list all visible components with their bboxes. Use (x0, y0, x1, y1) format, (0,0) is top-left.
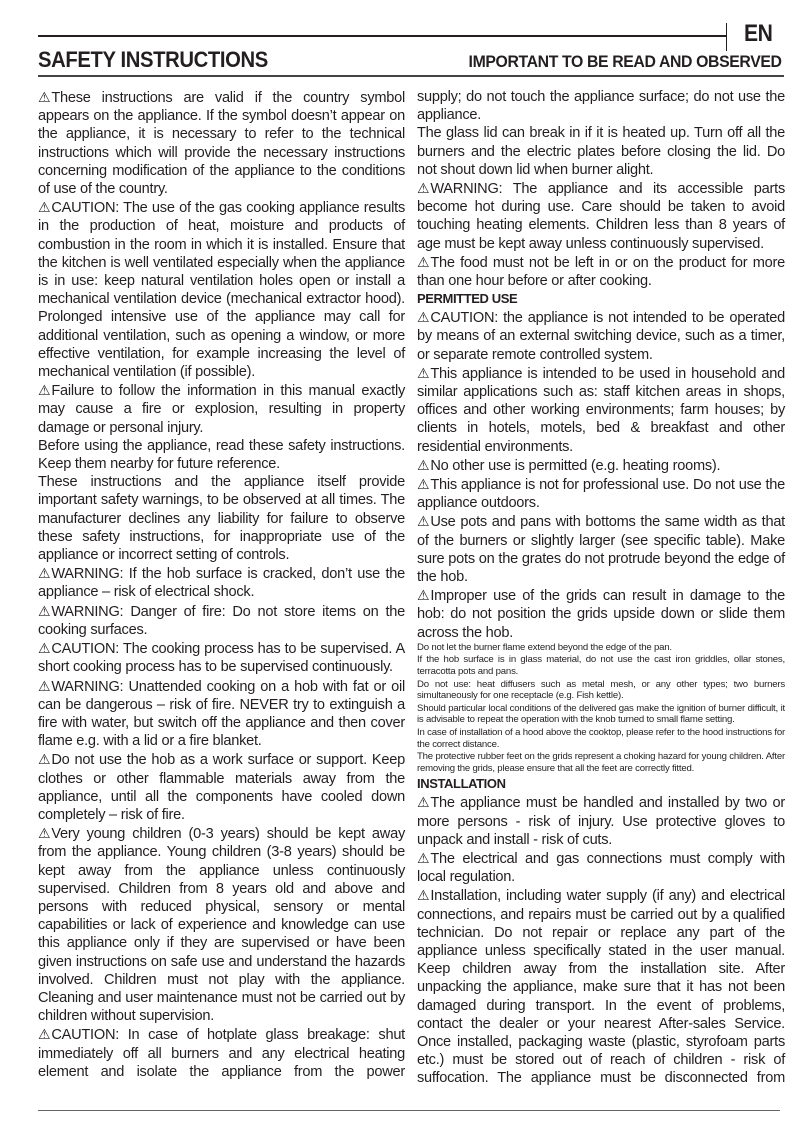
paragraph: ⚠Very young children (0-3 years) should … (38, 824, 405, 1025)
paragraph: ⚠WARNING: If the hob surface is cracked,… (38, 564, 405, 601)
paragraph: ⚠Failure to follow the information in th… (38, 381, 405, 437)
note: If the hob surface is in glass material,… (417, 654, 785, 677)
warning-icon: ⚠ (38, 198, 50, 216)
warning-icon: ⚠ (417, 849, 429, 867)
warning-icon: ⚠ (38, 602, 50, 620)
language-code: EN (744, 20, 772, 48)
note: In case of installation of a hood above … (417, 727, 785, 750)
warning-icon: ⚠ (38, 639, 50, 657)
top-rule-tick (726, 23, 727, 51)
header-rule (38, 75, 784, 77)
paragraph: ⚠CAUTION: The use of the gas cooking app… (38, 198, 405, 381)
warning-icon: ⚠ (417, 886, 429, 904)
top-rule (38, 35, 726, 37)
paragraph: ⚠The food must not be left in or on the … (417, 253, 785, 290)
paragraph: ⚠This appliance is intended to be used i… (417, 364, 785, 456)
paragraph: ⚠Do not use the hob as a work surface or… (38, 750, 405, 824)
paragraph: Before using the appliance, read these s… (38, 437, 405, 473)
paragraph: supply; do not touch the appliance surfa… (417, 88, 785, 124)
paragraph: ⚠No other use is permitted (e.g. heating… (417, 456, 785, 475)
paragraph: ⚠Use pots and pans with bottoms the same… (417, 512, 785, 586)
warning-icon: ⚠ (417, 475, 429, 493)
warning-icon: ⚠ (417, 793, 429, 811)
paragraph: ⚠WARNING: Danger of fire: Do not store i… (38, 602, 405, 639)
warning-icon: ⚠ (38, 677, 50, 695)
warning-icon: ⚠ (38, 1025, 50, 1043)
paragraph: ⚠CAUTION: The cooking process has to be … (38, 639, 405, 676)
note: Do not use: heat diffusers such as metal… (417, 679, 785, 702)
warning-icon: ⚠ (38, 381, 50, 399)
note: The protective rubber feet on the grids … (417, 751, 785, 774)
note: Do not let the burner flame extend beyon… (417, 642, 785, 654)
paragraph: ⚠CAUTION: the appliance is not intended … (417, 308, 785, 364)
warning-icon: ⚠ (38, 88, 50, 106)
warning-icon: ⚠ (417, 364, 429, 382)
footer-rule (38, 1110, 780, 1111)
paragraph: ⚠CAUTION: In case of hotplate glass brea… (38, 1025, 405, 1081)
right-column: supply; do not touch the appliance surfa… (417, 88, 785, 1088)
paragraph: ⚠The electrical and gas connections must… (417, 849, 785, 886)
paragraph: ⚠WARNING: The appliance and its accessib… (417, 179, 785, 253)
warning-icon: ⚠ (38, 564, 50, 582)
paragraph: ⚠Installation, including water supply (i… (417, 886, 785, 1087)
section-heading-permitted-use: PERMITTED USE (417, 290, 785, 308)
warning-icon: ⚠ (417, 179, 429, 197)
warning-icon: ⚠ (417, 586, 429, 604)
warning-icon: ⚠ (38, 824, 50, 842)
page-title: SAFETY INSTRUCTIONS (38, 47, 268, 73)
warning-icon: ⚠ (417, 308, 429, 326)
paragraph: ⚠WARNING: Unattended cooking on a hob wi… (38, 677, 405, 751)
paragraph: ⚠The appliance must be handled and insta… (417, 793, 785, 849)
paragraph: The glass lid can break in if it is heat… (417, 124, 785, 179)
warning-icon: ⚠ (417, 253, 429, 271)
warning-icon: ⚠ (38, 750, 50, 768)
paragraph: ⚠These instructions are valid if the cou… (38, 88, 405, 198)
left-column: ⚠These instructions are valid if the cou… (38, 88, 405, 1081)
warning-icon: ⚠ (417, 512, 429, 530)
paragraph: These instructions and the appliance its… (38, 473, 405, 564)
note: Should particular local conditions of th… (417, 703, 785, 726)
paragraph: ⚠Improper use of the grids can result in… (417, 586, 785, 642)
warning-icon: ⚠ (417, 456, 429, 474)
section-heading-installation: INSTALLATION (417, 775, 785, 793)
paragraph: ⚠This appliance is not for professional … (417, 475, 785, 512)
page-subtitle: IMPORTANT TO BE READ AND OBSERVED (469, 52, 782, 72)
